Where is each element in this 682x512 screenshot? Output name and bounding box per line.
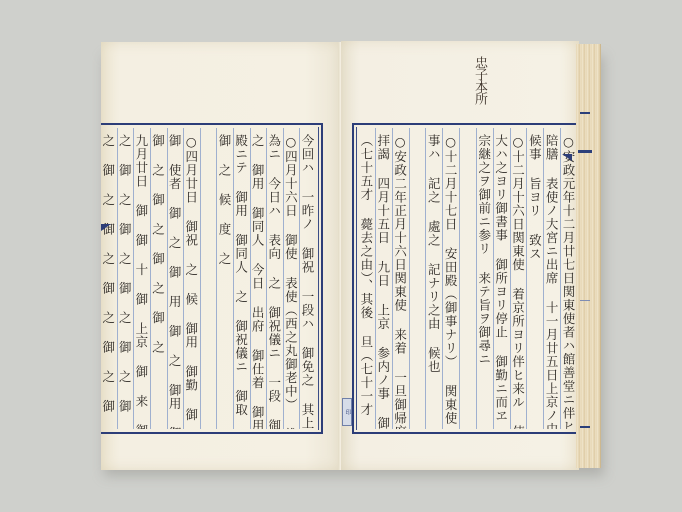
left-page-text-frame: 今回ハ 一昨ノ 御祝 一段ハ 御免之 其上 表向 之通リ ス ○四月十六日 御使… [101,123,323,434]
left-page-columns: 今回ハ 一昨ノ 御祝 一段ハ 御免之 其上 表向 之通リ ス ○四月十六日 御使… [101,128,316,429]
left-column-8: ○四月廿日 御祝 之 候 御用 御勤 御 事 大坂 御 之 [183,128,200,429]
right-page-text-frame: ○安政元年十二月廿七日関東使者ハ館善堂ニ伴ヒ来ル 然ハ一両 陪膳 表使ノ大宮ニ出… [352,123,577,434]
fore-edge-fishtail-icon [578,150,592,153]
left-frame-inner-rule [318,127,319,430]
left-column-9: 御 使者 御 之 御 用 御 之 御用 御 カ 之 [167,128,184,429]
left-column-7 [200,128,217,429]
left-column-6: 御 之 候 度 之 [216,128,233,429]
left-column-2: ○四月十六日 御使 表使（西之丸御老中） 推参 御礼上 御取 使ノ [283,128,300,429]
left-column-12: 之 御 之 御 之 御 之 御 之 御 之 [117,128,134,429]
right-page-columns: ○安政元年十二月廿七日関東使者ハ館善堂ニ伴ヒ来ル 然ハ一両 陪膳 表使ノ大宮ニ出… [359,128,577,429]
right-frame-inner-rule [356,127,357,430]
left-column-10: 御 之 御 之 御 之 御 之 [150,128,167,429]
right-column-2: 陪膳 表使ノ大宮ニ出席 十一月廿五日上京ノ由 依テ御殿区々 [543,128,560,429]
left-fishtail-mark-icon [101,224,111,231]
left-column-11: 九月廿日 御 御 十 御 上京 御 来 御 事 御 経 御 [133,128,150,429]
right-column-9: 事ハ 記之 處之 記ナリ之由 候也 [425,128,442,429]
right-column-10 [409,128,426,429]
right-column-6: 宗継之ヲ御前ニ参リ 来テ旨ヲ御尋ニ [476,128,493,429]
right-column-11: ○安政二年正月十六日関東使 来着 一旦御帰府ニ付 十日御拝謁 [392,128,409,429]
right-fishtail-mark-icon [562,154,572,161]
right-column-5: 大ハ之ヨリ御書事 御所ヨリ停止 御勤ニ而ヱ 御寵門 人々 [493,128,510,429]
page-title-annotation: 忠子本所 [470,56,489,104]
right-column-8: ○十二月十七日 安田殿（御事ナリ） 関東使 帰府 此ノ節 [442,128,459,429]
right-column-1: ○安政元年十二月廿七日関東使者ハ館善堂ニ伴ヒ来ル 然ハ一両 [560,128,577,429]
fore-edge-line-icon [580,300,590,301]
right-column-3: 候事 旨ヨリ 致ス [526,128,543,429]
left-column-4: 之 御用 御同人 今日 出府 御仕着 御用 任事 之 物事 [250,128,267,429]
left-column-1: 今回ハ 一昨ノ 御祝 一段ハ 御免之 其上 表向 之通リ ス [299,128,316,429]
fore-edge-mark-icon [580,112,590,114]
right-column-13: （七十五才 薨去之由）、其後 旦（七十一才 薨去 由成） 之 [359,128,375,429]
fore-edge-bottom-mark-icon [580,426,590,428]
library-seal-stamp: 印 [342,398,352,426]
right-column-12: 拝謁 四月十五日 九日 上京 参内ノ事 御参 御拝 院 [375,128,392,429]
page-stack-fore-edge [576,44,601,468]
right-column-4: ○十二月十六日関東使 着京所ヨリ伴ヒ来ル 使人菊園之御 [510,128,527,429]
left-column-5: 殿ニテ 御用 御同人 之 御祝儀ニ 御取 之 候 之ヨリ [233,128,250,429]
right-column-7 [459,128,476,429]
left-column-3: 為ニ 今日ハ 表向 之 御祝儀ニ 一段 御礼 大坂 御所 御祝 [266,128,283,429]
open-book: 今回ハ 一昨ノ 御祝 一段ハ 御免之 其上 表向 之通リ ス ○四月十六日 御使… [0,0,682,512]
left-column-13: 之 御 之 御 之 御 之 御 之 御 之 之 御 [101,128,117,429]
